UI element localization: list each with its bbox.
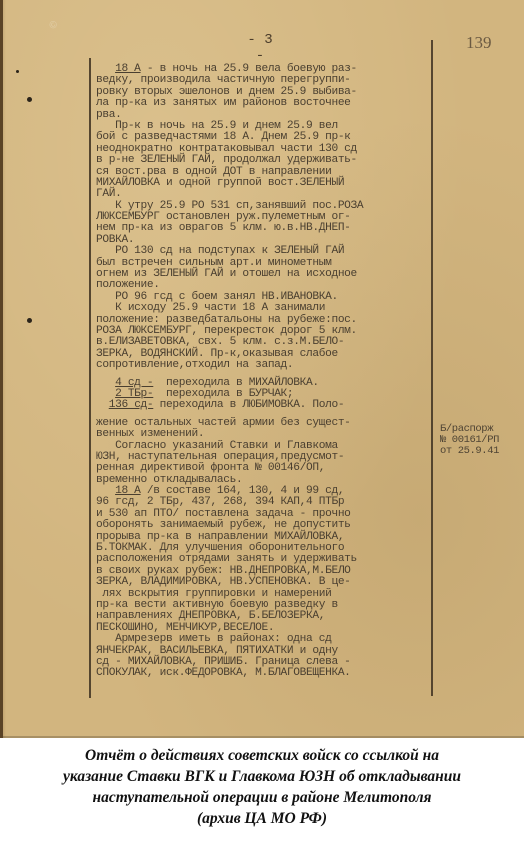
- text-line: нем пр-ка из оврагов 5 клм. ю.в.НВ.ДНЕП-: [96, 223, 434, 234]
- text-line: СПОКУЛАК, иск.ФЕДОРОВКА, М.БЛАГОВЕЩЕНКА.: [96, 668, 434, 679]
- underlined-unit: 18 А: [115, 485, 140, 497]
- caption-line: (архив ЦА МО РФ): [0, 808, 524, 829]
- caption-line: наступательной операции в районе Мелитоп…: [0, 787, 524, 808]
- watermark: ©: [48, 19, 60, 32]
- margin-note-line: от 25.9.41: [440, 446, 524, 457]
- caption-line: указание Ставки ВГК и Главкома ЮЗН об от…: [0, 766, 524, 787]
- underlined-unit: 18 А: [115, 63, 140, 75]
- page-marker: - 3 -: [240, 32, 280, 64]
- text-line: 136 сд- переходила в ЛЮБИМОВКА. Поло-: [96, 400, 434, 411]
- underlined-unit: 2 ТБр-: [115, 388, 153, 400]
- margin-note: Б/распорж№ 00161/РПот 25.9.41: [440, 424, 524, 457]
- text-line: венных изменений.: [96, 429, 434, 440]
- typewritten-text: 18 А - в ночь на 25.9 вела боевую раз-ве…: [96, 64, 434, 680]
- text-line: ренная директивой фронта № 00146/ОП,: [96, 463, 434, 474]
- archive-page-number: 139: [466, 33, 492, 53]
- text-line: оборонять занимаемый рубеж, не допустить: [96, 520, 434, 531]
- archival-document-page: © - 3 - 139 18 А - в ночь на 25.9 вела б…: [0, 0, 524, 738]
- text-line: ЗЕРКА, ВЛАДИМИРОВКА, НВ.УСПЕНОВКА. В це-: [96, 577, 434, 588]
- text-line: ГАЙ.: [96, 189, 434, 200]
- text-line: МИХАЙЛОВКА и одной группой вост.ЗЕЛЕНЫЙ: [96, 178, 434, 189]
- text-line: Армрезерв иметь в районах: одна сд: [96, 634, 434, 645]
- text-line: К исходу 25.9 части 18 А занимали: [96, 303, 434, 314]
- punch-mark: [27, 318, 32, 323]
- punch-mark: [27, 97, 32, 102]
- page-edge: [0, 0, 3, 738]
- text-line: в р-не ЗЕЛЕНЫЙ ГАЙ, продолжал удерживать…: [96, 155, 434, 166]
- underlined-unit: 4 сд -: [115, 377, 153, 389]
- punch-mark: [16, 70, 19, 73]
- left-margin-line: [89, 58, 91, 698]
- image-caption: Отчёт о действиях советских войск со ссы…: [0, 745, 524, 829]
- caption-line: Отчёт о действиях советских войск со ссы…: [0, 745, 524, 766]
- underlined-unit: 136 сд-: [109, 399, 154, 411]
- text-line: РО 130 сд на подступах к ЗЕЛЕНЫЙ ГАЙ: [96, 246, 434, 257]
- text-line: сопротивление,отходил на запад.: [96, 360, 434, 371]
- text-line: ла пр-ка из занятых им районов восточнее: [96, 98, 434, 109]
